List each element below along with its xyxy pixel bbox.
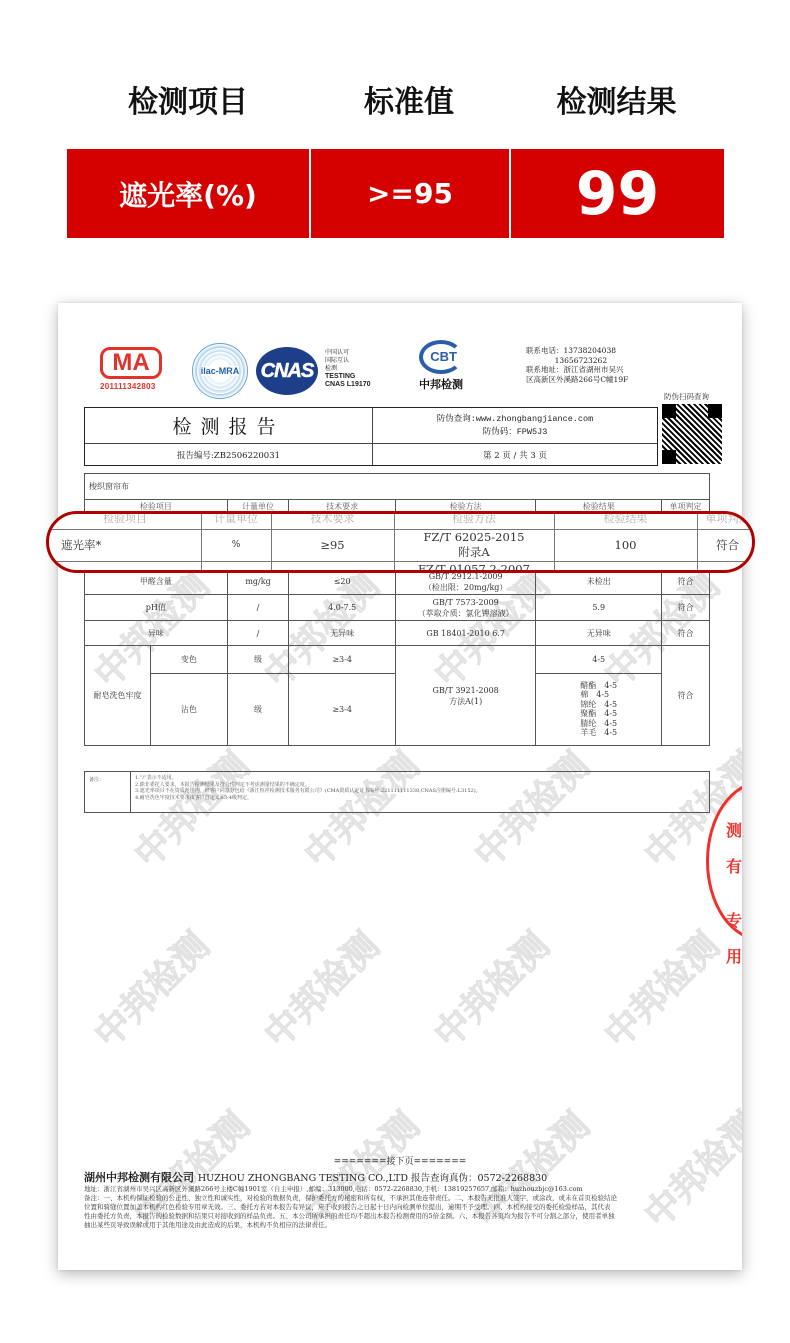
cbt-name: 中邦检测 [416,376,466,392]
summary-header-standard: 标准值 [309,78,509,128]
highlight-result: 100 [554,529,697,561]
summary-header-item: 检测项目 [67,78,309,128]
highlight-next-method: FZ/T 01057.2-2007 [394,561,554,573]
watermark-text: 中邦检测 [251,920,389,1058]
summary-header: 检测项目 标准值 检测结果 [67,78,724,128]
report-number: 报告编号:ZB2506220031 [85,444,373,465]
page-info: 第 2 页 / 共 3 页 [373,444,657,465]
report-footer: 湖州中邦检测有限公司 HUZHOU ZHONGBANG TESTING CO.,… [84,1169,714,1230]
summary-row: 遮光率(%) >=95 99 [67,149,724,238]
qr-code-icon[interactable] [662,404,722,464]
summary-header-result: 检测结果 [509,78,724,128]
cbt-logo: CBT 中邦检测 [416,340,466,396]
report-sheet: 中邦检测中邦检测中邦检测中邦检测中邦检测中邦检测中邦检测中邦检测中邦检测中邦检测… [58,303,742,1270]
highlight-callout: 检验项目 计量单位 技术要求 检验方法 检验结果 单项判定 遮光率* % ≥95… [46,511,755,573]
highlight-verdict: 符合 [697,529,755,561]
cnas-logo: CNAS [256,347,318,395]
watermark-text: 中邦检测 [81,920,219,1058]
cbt-globe-icon: CBT [419,340,463,374]
cma-mark: MA [100,347,162,379]
cnas-text: 中国认可 国际互认 检测 TESTING CNAS L19170 [325,349,371,389]
highlight-requirement: ≥95 [271,529,394,561]
watermark-text: 中邦检测 [421,920,559,1058]
table-row-colorfastness: 耐皂洗色牢度 变色 级 ≥3-4 GB/T 3921-2008方法A(1) 4-… [85,646,710,674]
watermark-text: 中邦检测 [591,920,729,1058]
report-title: 检测报告 [85,408,373,444]
table-row: pH值/4.0-7.5 GB/T 7573-2009（萃取介质：氯化钾溶液） 5… [85,595,710,621]
qr-label: 防伪扫码查询 [664,391,709,402]
report-title-block: 检测报告 防伪查询:www.zhongbangjiance.com 防伪码：FP… [84,407,658,466]
ilac-mra-logo: ilac-MRA [192,343,248,399]
summary-result: 99 [511,149,724,238]
sample-name: 梭织窗帘布 [85,474,710,500]
cma-logo: MA 201111342803 [100,347,164,397]
highlight-item: 遮光率* [61,529,201,561]
contact-info: 联系电话：13738204038 13656723262 联系地址：浙江省湖州市… [526,346,628,384]
next-page-marker: =======接下页======= [58,1154,742,1167]
cma-number: 201111342803 [100,382,164,391]
remarks: 备注： 1.“/”表示不适用。 2.除非委托人要求，本报告检测结果及符合性判定不… [84,771,710,813]
table-row: 异味/无异味 GB 18401-2010 6.7 无异味符合 [85,621,710,646]
stamp-text: 测有 专用 [726,813,742,975]
highlight-unit: % [201,529,271,561]
anti-fake-info: 防伪查询:www.zhongbangjiance.com 防伪码：FPW5J3 [373,408,657,444]
summary-item: 遮光率(%) [67,149,309,238]
summary-standard: >=95 [311,149,509,238]
highlight-method: FZ/T 62025-2015附录A [394,529,554,561]
